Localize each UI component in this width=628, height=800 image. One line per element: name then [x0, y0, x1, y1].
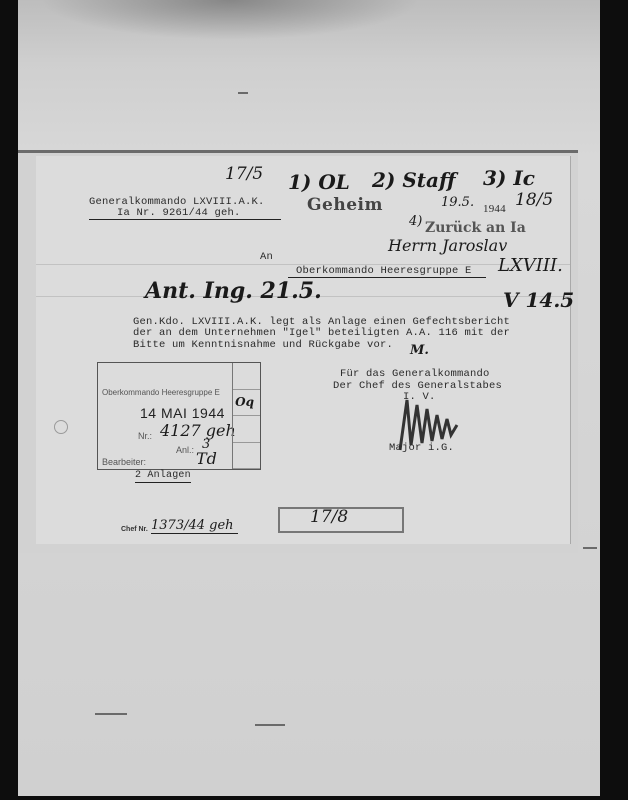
stamp-year: 1944 [483, 203, 506, 215]
routing-stamp: Zurück an Ia [425, 220, 526, 236]
receipt-stamp-side-column [232, 363, 260, 469]
receipt-stamp-header: Oberkommando Heeresgruppe E [102, 388, 220, 397]
body-line-3: Bitte um Kenntnisnahme und Rückgabe vor. [133, 339, 393, 351]
receipt-stamp-date: 14 MAI 1944 [140, 405, 225, 421]
film-mark [583, 547, 597, 549]
film-mark [255, 724, 285, 726]
chef-nr-label: Chef Nr. [121, 526, 148, 533]
lower-stamp-value: 17/8 [310, 507, 348, 527]
page-shadow [40, 0, 420, 40]
receipt-stamp-bearbeiter-value: Td [196, 449, 217, 468]
receipt-stamp-anl-label: Anl.: [176, 445, 194, 455]
handwritten-routing-1: 1) OL [288, 170, 350, 194]
receipt-stamp-nr-label: Nr.: [138, 431, 152, 441]
chef-nr-value: 1373/44 geh [151, 518, 238, 534]
handwritten-routing-4: 4) [409, 214, 422, 229]
handwritten-routing-2: 2) Staff [372, 168, 456, 192]
lower-stamp: 17/8 [278, 507, 404, 533]
punch-hole [54, 420, 68, 434]
handwritten-note-under: Herrn Jaroslav [388, 236, 507, 255]
enclosures: 2 Anlagen [135, 470, 191, 483]
addressee-recipient: Oberkommando Heeresgruppe E [288, 265, 486, 278]
addressee-label: An [260, 251, 273, 263]
classification-stamp: Geheim [307, 195, 383, 215]
receipt-stamp: Oberkommando Heeresgruppe E 14 MAI 1944 … [97, 362, 261, 470]
handwritten-margin-left: Ant. Ing. 21.5. [145, 278, 322, 304]
receipt-stamp-side-mark: Oq [235, 395, 254, 409]
handwritten-top-ref: 17/5 [225, 164, 263, 184]
signature-line-1: Für das Generalkommando [340, 368, 490, 380]
handwritten-margin-right-2: V 14.5 [503, 288, 574, 312]
handwritten-date-note: 18/5 [515, 190, 553, 210]
handwritten-routing-3: 3) Ic [483, 166, 535, 190]
handwritten-margin-right: LXVIII. [498, 255, 563, 276]
signature-rank: Major i.G. [389, 442, 454, 454]
film-mark [238, 92, 248, 94]
receipt-stamp-bearbeiter-label: Bearbeiter: [102, 457, 146, 467]
handwritten-stamp-date: 19.5. [441, 195, 474, 210]
film-mark [95, 713, 127, 715]
handwritten-initial: M. [410, 343, 429, 358]
sender-line-2: Ia Nr. 9261/44 geh. [89, 207, 281, 220]
receipt-stamp-nr-value: 4127 geh [160, 421, 236, 440]
body-line-2: der an dem Unternehmen "Igel" beteiligte… [133, 327, 510, 339]
